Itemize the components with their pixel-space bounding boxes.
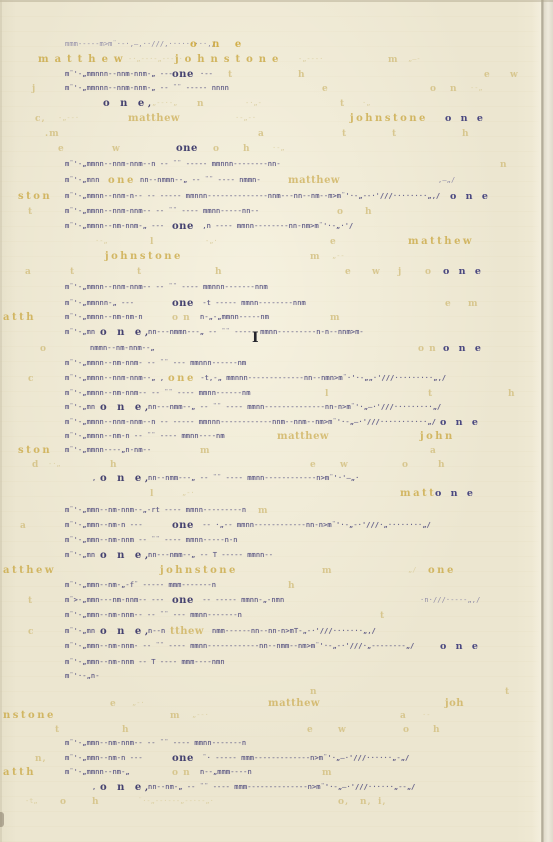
text-segment: „-· <box>182 489 195 498</box>
text-segment: ¨· ----- mmm-------------n>m¨'·„—·'///··… <box>198 754 409 763</box>
text-segment: m¨'-„mmn--nm-nnm--„-rt ---- mmnn--------… <box>65 506 246 515</box>
text-segment: o n e‚ <box>100 627 152 637</box>
text-segment: -„--· <box>58 114 79 123</box>
text-segment: w <box>112 144 121 154</box>
text-segment: o n e <box>443 344 484 354</box>
text-segment: joh <box>445 699 464 709</box>
text-segment: h <box>215 267 223 277</box>
page-edge-left <box>0 0 2 842</box>
text-segment: one <box>176 144 198 154</box>
text-line: mmm-----m>m¨·-·‚—‚··///‚·········‚/o n e <box>0 40 553 52</box>
text-segment: ·-- <box>200 70 213 79</box>
text-line: am¨'-„mmn--nm-n --- one -- ·„-- mmnn----… <box>0 521 553 533</box>
text-segment: o n e <box>435 489 476 499</box>
text-segment: matt <box>400 489 436 499</box>
text-line: m¨'-„mmn--nm-nnm- -- ¨¨ ---- mmnn-------… <box>0 642 553 654</box>
text-segment: t <box>505 687 510 697</box>
text-segment: matthew <box>277 432 329 442</box>
text-line: thewoh <box>0 725 553 737</box>
text-segment: n <box>500 160 508 170</box>
text-segment: „/ <box>408 566 416 575</box>
text-segment: h <box>508 389 516 399</box>
text-segment: ·n·///·----„‚/ <box>420 596 480 605</box>
text-segment: c‚ <box>35 114 46 124</box>
text-segment: -·„- <box>245 99 262 108</box>
text-segment: o n e <box>190 40 247 50</box>
text-segment: m¨'-„mmnn--nnm-nnm--n -- ¨¨ ----- mmnnn-… <box>65 160 281 169</box>
text-segment: o n e‚ <box>100 403 152 413</box>
text-line: tm¨'-„mmnn--nnm-nnm-- -- ¨¨ ---- mmnn---… <box>0 207 553 219</box>
text-segment: „--·-„ <box>152 99 177 108</box>
text-segment: o <box>40 344 47 354</box>
text-segment: m¨'-„mmn--nm-nnm -- T ---- mmm----nmn <box>65 658 225 667</box>
text-segment: o <box>430 84 437 94</box>
text-segment: e <box>445 299 452 309</box>
text-segment: t <box>70 267 75 277</box>
text-segment: j <box>32 84 36 94</box>
text-segment: m¨'-„mmnnn-„ --- <box>65 299 138 308</box>
text-segment: e <box>345 267 352 277</box>
text-line: ‚o n e‚nn--nmm---„ -- ¨¨ ---- mmnn------… <box>0 474 553 486</box>
text-segment: m¨'-„mmnn--nnm-nnm-- -- ¨¨ ---- mmnnn---… <box>65 283 268 292</box>
text-segment: o n e <box>450 192 491 202</box>
text-segment: one <box>172 299 194 309</box>
text-segment: -- ----- mmnn-„-nmn <box>198 596 284 605</box>
text-segment: i‚ <box>378 797 387 807</box>
page-edge-outer <box>544 0 553 842</box>
text-segment: h <box>243 144 251 154</box>
text-segment: w <box>372 267 381 277</box>
text-segment: n <box>310 687 318 697</box>
text-segment: m¨'-„mmnn--nm-n -- ¨¨ ---- mmnn----nm <box>65 432 225 441</box>
text-segment: o <box>403 725 410 735</box>
text-segment: a <box>25 267 32 277</box>
text-segment: t <box>228 70 233 80</box>
text-line: d-·„hewoh <box>0 460 553 472</box>
text-segment: one <box>172 222 194 232</box>
text-segment: m <box>258 506 269 516</box>
text-segment: n--„mmm----n <box>200 768 252 777</box>
text-segment: m¨'-„mmn--nm-n --- <box>65 754 147 763</box>
text-segment: matthew <box>128 114 180 124</box>
text-segment: nn---nmm--„ -- T ----- mmnn-- <box>148 551 273 560</box>
text-line: m¨'-„mmn--nm-nnm -- T ---- mmm----nmn <box>0 658 553 670</box>
text-segment: m <box>330 313 341 323</box>
text-segment: l <box>150 237 154 247</box>
text-segment: -t„ <box>25 797 38 806</box>
text-segment: o n e <box>440 418 481 428</box>
text-line: nstonem„--·a·- <box>0 711 553 723</box>
text-segment: m¨'-„mn <box>65 403 95 412</box>
text-segment: -„· <box>205 237 218 246</box>
text-segment: one <box>172 521 194 531</box>
text-segment: ·-„-· <box>235 114 256 123</box>
text-segment: w <box>510 70 519 80</box>
center-letter-i: I <box>252 331 259 345</box>
text-segment: o <box>213 144 220 154</box>
text-segment: c <box>28 374 34 384</box>
text-line: m¨'-„mmnn--nm-n -- ¨¨ ---- mmnn----nmmat… <box>0 432 553 444</box>
text-line: atthm¨'-„mmnn--nm-„o nn--„mmm----nm <box>0 768 553 780</box>
text-segment: johnstone <box>105 252 183 262</box>
text-segment: matthew <box>288 176 340 186</box>
text-segment: johnstone <box>160 566 238 576</box>
text-segment: m¨'-„mmnnn--nnm-nnm-„ -- ¨¨ ----- nnnn <box>65 84 229 93</box>
text-segment: o‚ <box>338 797 349 807</box>
text-line: m¨'-„mmnn--nnm-nnm--n -- ¨¨ ----- mmnnn-… <box>0 160 553 172</box>
text-segment: one <box>108 176 136 186</box>
text-line: m¨'-„mmn--nm-nnm -- ¨¨ ---- mmnn-----n-n <box>0 536 553 548</box>
text-segment: t <box>428 389 433 399</box>
text-segment: l <box>325 389 329 399</box>
text-segment: a <box>258 129 265 139</box>
text-segment: m¨'-„mmn--nm-„-f¨ ----- mmm-------n <box>65 581 216 590</box>
text-segment: m¨'-„mmnn----„n-nm-- <box>65 446 151 455</box>
text-segment: n-„-„mmnn-----nm <box>200 313 269 322</box>
text-segment: johnstone <box>350 114 428 124</box>
text-segment: h <box>438 460 446 470</box>
text-segment: e <box>58 144 65 154</box>
text-segment: w <box>338 725 347 735</box>
text-segment: --„ <box>470 84 483 93</box>
text-segment: n <box>450 84 458 94</box>
text-segment: nmm------nn--nn-n>mT-„-·'///·······„‚/ <box>212 627 376 636</box>
text-segment: n‚ <box>35 754 47 764</box>
text-segment: m¨'-„mmn--nm-nnm-- -- ¨¨ --- mmnn-------… <box>65 611 242 620</box>
text-line: ‚o n e‚nn--nm-„ -- ¨¨ ---- mmm----------… <box>0 783 553 795</box>
text-segment: o n e <box>440 642 481 652</box>
text-segment: one <box>168 374 196 384</box>
text-segment: m¨'-„mmnn--nm-nnm-- -- ¨¨ ---- mmnn-----… <box>65 389 251 398</box>
text-line: jm¨'-„mmnnn--nnm-nnm-„ -- ¨¨ ----- nnnne… <box>0 84 553 96</box>
text-segment: ‚n ---- mmnn--------nn-nm>m¨'·-„·'/ <box>198 222 353 231</box>
text-segment: m¨'-„mmn--nm-nnm-- -- ¨¨ ---- mmnn------… <box>65 739 246 748</box>
text-segment: ·- <box>422 711 430 720</box>
text-segment: ¨·-„--·---„--·--„· <box>138 797 214 806</box>
text-line: stonm¨'-„mmnn--nnm-n-- -- ----- mmnnn---… <box>0 192 553 204</box>
text-segment: m¨'-„mnn <box>65 176 100 185</box>
text-line: m¨'-„mmn--nm-nnm-- -- ¨¨ ---- mmnn------… <box>0 739 553 751</box>
text-segment: nstone <box>3 711 56 721</box>
text-line: m¨'-„mmnn--nm-nnm-- -- ¨¨ ---- mmnn-----… <box>0 389 553 401</box>
text-segment: n‚ <box>360 797 372 807</box>
text-line: l„-·matto n e <box>0 489 553 501</box>
text-line: stonm¨'-„mmnn----„n-nm--ma <box>0 446 553 458</box>
text-segment: nn--nmmn--„ -- ¨¨ ---- nmmn- <box>140 176 261 185</box>
text-segment: t <box>342 129 347 139</box>
text-segment: a <box>20 521 27 531</box>
text-segment: o n e‚ <box>100 551 152 561</box>
text-segment: n <box>197 99 205 109</box>
text-segment: m¨'-„mmnn--nm-nm-n <box>65 313 147 322</box>
text-segment: t <box>55 725 60 735</box>
text-segment: atth <box>3 313 36 323</box>
text-segment: matthew <box>268 699 320 709</box>
text-segment: h <box>433 725 441 735</box>
text-segment: o n <box>418 344 437 354</box>
text-segment: m¨'-„mmnn--nnm-nnm--n -- ----- mmnnn----… <box>65 418 436 427</box>
text-line: atthewjoo n e <box>0 267 553 279</box>
text-segment: ston <box>18 446 52 456</box>
text-segment: o n e‚ <box>103 99 155 109</box>
text-line: m¨'-„mno n e‚nn---nmm--„ -- ¨¨ ---- mmnn… <box>0 403 553 415</box>
text-line: cm¨'-„mno n e‚n--ntthewnmm------nn--nn-n… <box>0 627 553 639</box>
text-segment: o n e‚ <box>100 783 152 793</box>
text-segment: m <box>170 711 181 721</box>
text-segment: ·-„ <box>272 144 285 153</box>
text-segment: ·„ <box>362 99 370 108</box>
text-line: c‚-„--·matthew·-„-·johnstoneo n e <box>0 114 553 126</box>
text-segment: o n e‚ <box>100 474 152 484</box>
text-segment: „--· <box>192 711 209 720</box>
text-segment: m¨'-„mn <box>65 551 95 560</box>
text-segment: one <box>172 754 194 764</box>
text-segment: -t‚-„ mmnnn-------------nn--nmn>m¨·'·-„„… <box>196 374 446 383</box>
text-segment: m¨'-„mmn--nm-n --- <box>65 521 147 530</box>
text-segment: nn---nmm--„ -- ¨¨ ---- mmnn-------------… <box>148 403 441 412</box>
text-segment: o n e <box>443 267 484 277</box>
ink-smudge <box>0 812 4 827</box>
text-segment: -t ----- mmnn--------nnm <box>198 299 306 308</box>
text-segment: one <box>172 70 194 80</box>
text-segment: l <box>150 489 154 499</box>
text-segment: h <box>288 581 296 591</box>
text-segment: -- ·„-- mmnn------------nn-n>m¨'·-„-·'//… <box>198 521 431 530</box>
text-segment: m <box>468 299 479 309</box>
text-segment: -„---· <box>298 55 323 64</box>
text-segment: h <box>110 460 118 470</box>
text-segment: h <box>365 207 373 217</box>
text-segment: m¨'-„mmn--nm-nnm- -- ¨¨ ---- mmnn-------… <box>65 642 414 651</box>
text-segment: m¨'-„mmnn--nnm-n-- -- ----- mmnnn-------… <box>65 192 440 201</box>
text-segment: t <box>28 596 33 606</box>
text-segment: one <box>428 566 456 576</box>
text-line: johnstonem„-- <box>0 252 553 264</box>
book-page-scan: mmm-----m>m¨·-·‚—‚··///‚·········‚/o n e… <box>0 0 553 842</box>
text-segment: m <box>322 768 333 778</box>
page-edge-highlight <box>532 0 541 842</box>
text-segment: e <box>330 237 337 247</box>
text-segment: e <box>322 84 329 94</box>
text-line: -t„oh¨·-„--·---„--·--„·o‚n‚i‚ <box>0 797 553 809</box>
text-segment: ·-„ <box>95 237 108 246</box>
text-segment: e <box>110 699 117 709</box>
text-line: atthm¨'-„mmnn--nm-nm-n o nn-„-„mmnn-----… <box>0 313 553 325</box>
text-segment: o <box>402 460 409 470</box>
text-segment: t <box>340 99 345 109</box>
text-segment: t <box>380 611 385 621</box>
text-segment: m¨'-„mmnn--nnm-nnm--„ ‚ <box>65 374 164 383</box>
text-segment: ‚ <box>92 783 96 792</box>
text-segment: t <box>392 129 397 139</box>
text-segment: one <box>172 596 194 606</box>
text-segment: john <box>420 432 455 442</box>
text-segment: j <box>398 267 402 277</box>
text-line: m¨'-„mmn--nm-„-f¨ ----- mmm-------nh <box>0 581 553 593</box>
text-segment: n--n <box>148 627 165 636</box>
text-line: m¨'-„mmnn--nnm-nnm-- -- ¨¨ ---- mmnnn---… <box>0 283 553 295</box>
text-segment: m¨>-„mmn---nm-nnm-- --- <box>65 596 169 605</box>
text-line: m¨'-„mmn--nm-nnm--„-rt ---- mmnn--------… <box>0 506 553 518</box>
text-line: ewoneoh·-„ <box>0 144 553 156</box>
text-segment: m¨'·-„n- <box>65 672 100 681</box>
text-segment: m <box>322 566 333 576</box>
text-segment: o n <box>172 768 191 778</box>
text-line: m¨'-„mmnnn-„ --- one -t ----- mmnn------… <box>0 299 553 311</box>
text-segment: e <box>310 460 317 470</box>
text-segment: .m <box>45 129 60 139</box>
text-segment: ston <box>18 192 52 202</box>
text-line: n‚m¨'-„mmn--nm-n --- one ¨· ----- mmm---… <box>0 754 553 766</box>
text-segment: johnstone <box>175 55 284 65</box>
text-segment: m¨'-„mmn--nm-nnm -- ¨¨ ---- mmnn-----n-n <box>65 536 238 545</box>
text-segment: h <box>122 725 130 735</box>
text-segment: tthew <box>170 627 204 637</box>
text-segment: h <box>462 129 470 139</box>
text-line: m¨'-„mmnn--nm-nnm-„ --- one ‚n ---- mmnn… <box>0 222 553 234</box>
text-line: onmmn--nm-nnm--„o no n e <box>0 344 553 356</box>
text-line: tm¨>-„mmn---nm-nnm-- --- one -- ----- mm… <box>0 596 553 608</box>
text-segment: -·„ <box>48 460 61 469</box>
text-line: atthewjohnstonem„/one <box>0 566 553 578</box>
text-line: .matth <box>0 129 553 141</box>
text-line: m¨'-„mno n e‚nn---nmm--„ -- T ----- mmnn… <box>0 551 553 563</box>
text-segment: e <box>484 70 491 80</box>
text-segment: atthew <box>3 566 56 576</box>
text-segment: m¨'-„mmnn--nnm-nnm-- -- ¨¨ ---- mmnn----… <box>65 207 259 216</box>
text-segment: t <box>28 207 33 217</box>
text-segment: d <box>32 460 39 470</box>
text-segment: nmmn--nm-nnm--„ <box>90 344 155 353</box>
text-segment: ‚—„/ <box>438 176 455 185</box>
text-line: m¨'-„mnnonenn--nmmn--„ -- ¨¨ ---- nmmn-m… <box>0 176 553 188</box>
text-segment: h <box>92 797 100 807</box>
text-segment: e <box>307 725 314 735</box>
text-segment: m¨'-„mmnnn--nnm-nnm-„ --- <box>65 70 177 79</box>
text-segment: o <box>60 797 67 807</box>
text-segment: „-- <box>332 252 345 261</box>
text-line: o n e‚„--·-„n-·„-t·„ <box>0 99 553 111</box>
text-segment: a <box>430 446 437 456</box>
text-segment: m <box>310 252 321 262</box>
text-line: m¨'·-„n- <box>0 672 553 684</box>
text-segment: nn--nmm---„ -- ¨¨ ---- mmnn------------n… <box>148 474 359 483</box>
text-line: I <box>0 331 553 343</box>
text-segment: w <box>340 460 349 470</box>
text-segment: m¨'-„mmnn--nm-nnm- -- ¨¨ --- mmnnn------… <box>65 359 246 368</box>
text-line: ·-„l-„·ematthew <box>0 237 553 249</box>
text-line: m¨'-„mmnn--nm-nnm- -- ¨¨ --- mmnnn------… <box>0 359 553 371</box>
text-line: cm¨'-„mmnn--nnm-nnm--„ ‚one -t‚-„ mmnnn-… <box>0 374 553 386</box>
text-segment: o <box>337 207 344 217</box>
text-segment: ‚ <box>92 474 96 483</box>
text-segment: m <box>200 446 211 456</box>
text-segment: t <box>137 267 142 277</box>
text-segment: c <box>28 627 34 637</box>
text-line: m¨'-„mmn--nm-nnm-- -- ¨¨ --- mmnn-------… <box>0 611 553 623</box>
text-line: m¨'-„mmnnn--nnm-nnm-„ --- one·--thew <box>0 70 553 82</box>
text-segment: nn--nm-„ -- ¨¨ ---- mmm--------------n>m… <box>148 783 416 792</box>
text-segment: o n e <box>445 114 486 124</box>
text-line: e„-·matthewjoh <box>0 699 553 711</box>
text-segment: „-· <box>132 699 145 708</box>
text-segment: m¨'-„mmnn--nm-nnm-„ --- <box>65 222 169 231</box>
text-line: m¨'-„mmnn--nnm-nnm--n -- ----- mmnnn----… <box>0 418 553 430</box>
text-segment: o n <box>172 313 191 323</box>
text-segment: a <box>400 711 407 721</box>
text-segment: o <box>425 267 432 277</box>
text-segment: m¨'-„mmnn--nm-„ <box>65 768 130 777</box>
text-segment: „—- <box>408 55 421 64</box>
text-segment: matthew <box>38 55 129 65</box>
text-segment: atth <box>3 768 36 778</box>
text-segment: matthew <box>408 237 474 247</box>
text-segment: h <box>298 70 306 80</box>
text-segment: m <box>388 55 399 65</box>
text-segment: m¨'-„mn <box>65 627 95 636</box>
text-line: matthew-·„--·-„-·--·johnstone-„---·m„—- <box>0 55 553 67</box>
page-edge-top <box>0 0 553 2</box>
